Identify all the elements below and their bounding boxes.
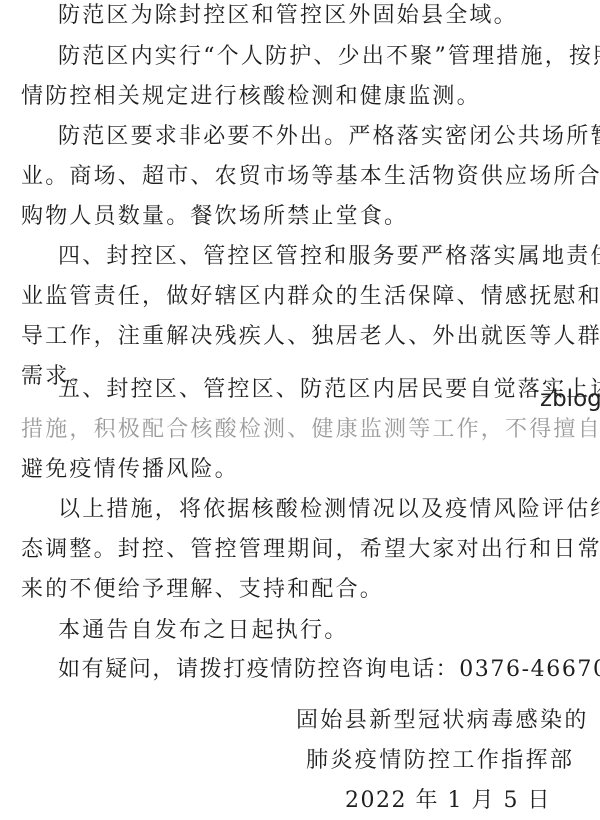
- paragraph-effective-date: 本通告自发布之日起执行。: [58, 618, 348, 644]
- paragraph-item-five-line2: 措施，积极配合核酸检测、健康监测等工作，不得擅自外出，: [21, 417, 600, 443]
- paragraph-dynamic-adjustment-line2: 态调整。封控、管控管理期间，希望大家对出行和日常生活带: [21, 537, 600, 563]
- signature-org-line1: 固始县新型冠状病毒感染的: [296, 708, 589, 734]
- paragraph-item-four-line1: 四、封控区、管控区管控和服务要严格落实属地责任、行: [58, 244, 600, 270]
- signature-org-line2: 肺炎疫情防控工作指挥部: [306, 748, 574, 774]
- paragraph-contact-phone: 如有疑问，请拨打疫情防控咨询电话：0376-4667088: [58, 657, 600, 683]
- paragraph-dynamic-adjustment-line1: 以上措施，将依据核酸检测情况以及疫情风险评估结果动: [58, 497, 600, 523]
- paragraph-non-essential-line3: 购物人员数量。餐饮场所禁止堂食。: [21, 204, 408, 230]
- paragraph-item-four-line2: 业监管责任，做好辖区内群众的生活保障、情感抚慰和心理疏: [21, 284, 600, 310]
- signature-date: 2022 年 1 月 5 日: [345, 788, 551, 814]
- watermark-text: zblog: [540, 386, 600, 412]
- paragraph-dynamic-adjustment-line3: 来的不便给予理解、支持和配合。: [21, 577, 384, 603]
- paragraph-defense-zone-measures-line1: 防范区内实行“个人防护、少出不聚”管理措施，按照疫: [58, 44, 600, 70]
- paragraph-item-five-line3: 避免疫情传播风险。: [21, 457, 239, 483]
- paragraph-defense-zone-measures-line2: 情防控相关规定进行核酸检测和健康监测。: [21, 84, 481, 110]
- paragraph-item-four-line3: 导工作，注重解决残疾人、独居老人、外出就医等人群的特殊: [21, 324, 600, 350]
- notice-document: 防范区为除封控区和管控区外固始县全域。 防范区内实行“个人防护、少出不聚”管理措…: [0, 0, 600, 820]
- paragraph-item-five-line1: 五、封控区、管控区、防范区内居民要自觉落实上述管控: [58, 377, 600, 403]
- paragraph-defense-zone-scope: 防范区为除封控区和管控区外固始县全域。: [58, 3, 518, 29]
- paragraph-non-essential-line1: 防范区要求非必要不外出。严格落实密闭公共场所暂停营: [58, 124, 600, 150]
- paragraph-non-essential-line2: 业。商场、超市、农贸市场等基本生活物资供应场所合理控制: [21, 164, 600, 190]
